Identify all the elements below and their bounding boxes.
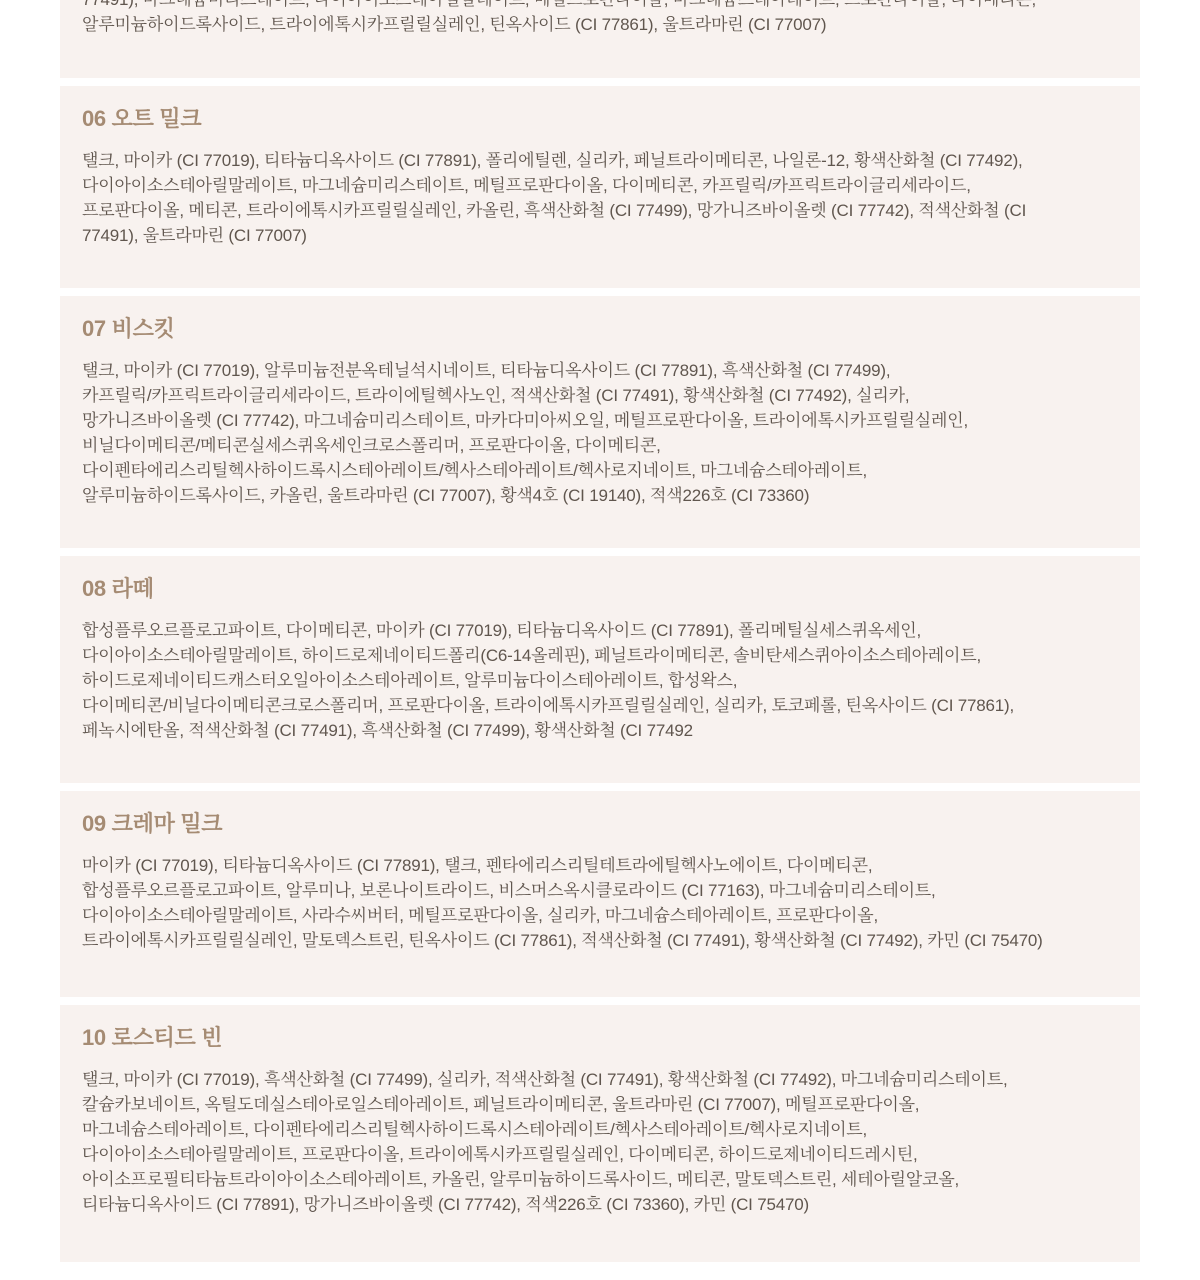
ingredients-text: 탤크, 마이카 (CI 77019), 티타늄디옥사이드 (CI 77891),… (82, 148, 1118, 248)
ingredient-line: 다이메티콘/비닐다이메티콘크로스폴리머, 프로판다이올, 트라이에톡시카프릴릴실… (82, 693, 1118, 718)
ingredients-text: 77491), 마그네슘미리스테이트, 다이아이소스테아릴말레이트, 메틸프로판… (82, 0, 1118, 37)
ingredients-text: 탤크, 마이카 (CI 77019), 흑색산화철 (CI 77499), 실리… (82, 1067, 1118, 1217)
ingredient-line: 페녹시에탄올, 적색산화철 (CI 77491), 흑색산화철 (CI 7749… (82, 718, 1118, 743)
ingredient-line: 탤크, 마이카 (CI 77019), 티타늄디옥사이드 (CI 77891),… (82, 148, 1118, 173)
ingredient-line: 다이아이소스테아릴말레이트, 하이드로제네이티드폴리(C6-14올레핀), 페닐… (82, 643, 1118, 668)
section-title: 10 로스티드 빈 (82, 1023, 1118, 1053)
ingredient-line: 프로판다이올, 메티콘, 트라이에톡시카프릴릴실레인, 카올린, 흑색산화철 (… (82, 198, 1118, 223)
section-title: 06 오트 밀크 (82, 104, 1118, 134)
ingredient-line: 다이아이소스테아릴말레이트, 사라수씨버터, 메틸프로판다이올, 실리카, 마그… (82, 903, 1118, 928)
ingredient-card-06: 06 오트 밀크 탤크, 마이카 (CI 77019), 티타늄디옥사이드 (C… (60, 86, 1140, 288)
ingredient-line: 다이아이소스테아릴말레이트, 마그네슘미리스테이트, 메틸프로판다이올, 다이메… (82, 173, 1118, 198)
ingredient-line: 트라이에톡시카프릴릴실레인, 말토덱스트린, 틴옥사이드 (CI 77861),… (82, 928, 1118, 953)
ingredient-line: 다이아이소스테아릴말레이트, 프로판다이올, 트라이에톡시카프릴릴실레인, 다이… (82, 1142, 1118, 1167)
section-title: 08 라떼 (82, 574, 1118, 604)
ingredient-line: 티타늄디옥사이드 (CI 77891), 망가니즈바이올렛 (CI 77742)… (82, 1192, 1118, 1217)
ingredient-line: 칼슘카보네이트, 옥틸도데실스테아로일스테아레이트, 페닐트라이메티콘, 울트라… (82, 1092, 1118, 1117)
ingredient-line: 마이카 (CI 77019), 티타늄디옥사이드 (CI 77891), 탤크,… (82, 853, 1118, 878)
ingredient-card-08: 08 라떼 합성플루오르플로고파이트, 다이메티콘, 마이카 (CI 77019… (60, 556, 1140, 783)
ingredient-card-10: 10 로스티드 빈 탤크, 마이카 (CI 77019), 흑색산화철 (CI … (60, 1005, 1140, 1262)
ingredients-text: 탤크, 마이카 (CI 77019), 알루미늄전분옥테닐석시네이트, 티타늄디… (82, 358, 1118, 508)
ingredient-line: 비닐다이메티콘/메티콘실세스퀴옥세인크로스폴리머, 프로판다이올, 다이메티콘, (82, 433, 1118, 458)
ingredient-line: 카프릴릭/카프릭트라이글리세라이드, 트라이에틸헥사노인, 적색산화철 (CI … (82, 383, 1118, 408)
ingredients-text: 마이카 (CI 77019), 티타늄디옥사이드 (CI 77891), 탤크,… (82, 853, 1118, 953)
ingredient-line: 아이소프로필티타늄트라이아이소스테아레이트, 카올린, 알루미늄하이드록사이드,… (82, 1167, 1118, 1192)
ingredients-text: 합성플루오르플로고파이트, 다이메티콘, 마이카 (CI 77019), 티타늄… (82, 618, 1118, 743)
ingredient-line: 마그네슘스테아레이트, 다이펜타에리스리틸헥사하이드록시스테아레이트/헥사스테아… (82, 1117, 1118, 1142)
section-title: 07 비스킷 (82, 314, 1118, 344)
ingredient-line: 합성플루오르플로고파이트, 다이메티콘, 마이카 (CI 77019), 티타늄… (82, 618, 1118, 643)
ingredient-list-page: 77491), 마그네슘미리스테이트, 다이아이소스테아릴말레이트, 메틸프로판… (0, 0, 1200, 1280)
ingredient-line: 탤크, 마이카 (CI 77019), 흑색산화철 (CI 77499), 실리… (82, 1067, 1118, 1092)
ingredient-line: 알루미늄하이드록사이드, 트라이에톡시카프릴릴실레인, 틴옥사이드 (CI 77… (82, 12, 1118, 37)
content-column: 77491), 마그네슘미리스테이트, 다이아이소스테아릴말레이트, 메틸프로판… (60, 0, 1140, 1270)
ingredient-line: 탤크, 마이카 (CI 77019), 알루미늄전분옥테닐석시네이트, 티타늄디… (82, 358, 1118, 383)
ingredient-card-05-partial: 77491), 마그네슘미리스테이트, 다이아이소스테아릴말레이트, 메틸프로판… (60, 0, 1140, 78)
ingredient-line: 다이펜타에리스리틸헥사하이드록시스테아레이트/헥사스테아레이트/헥사로지네이트,… (82, 458, 1118, 483)
ingredient-card-09: 09 크레마 밀크 마이카 (CI 77019), 티타늄디옥사이드 (CI 7… (60, 791, 1140, 997)
ingredient-card-07: 07 비스킷 탤크, 마이카 (CI 77019), 알루미늄전분옥테닐석시네이… (60, 296, 1140, 548)
section-title: 09 크레마 밀크 (82, 809, 1118, 839)
ingredient-line: 하이드로제네이티드캐스터오일아이소스테아레이트, 알루미늄다이스테아레이트, 합… (82, 668, 1118, 693)
ingredient-line: 망가니즈바이올렛 (CI 77742), 마그네슘미리스테이트, 마카다미아씨오… (82, 408, 1118, 433)
ingredient-line: 합성플루오르플로고파이트, 알루미나, 보론나이트라이드, 비스머스옥시클로라이… (82, 878, 1118, 903)
ingredient-line: 77491), 마그네슘미리스테이트, 다이아이소스테아릴말레이트, 메틸프로판… (82, 0, 1118, 12)
ingredient-line: 알루미늄하이드록사이드, 카올린, 울트라마린 (CI 77007), 황색4호… (82, 483, 1118, 508)
ingredient-line: 77491), 울트라마린 (CI 77007) (82, 223, 1118, 248)
